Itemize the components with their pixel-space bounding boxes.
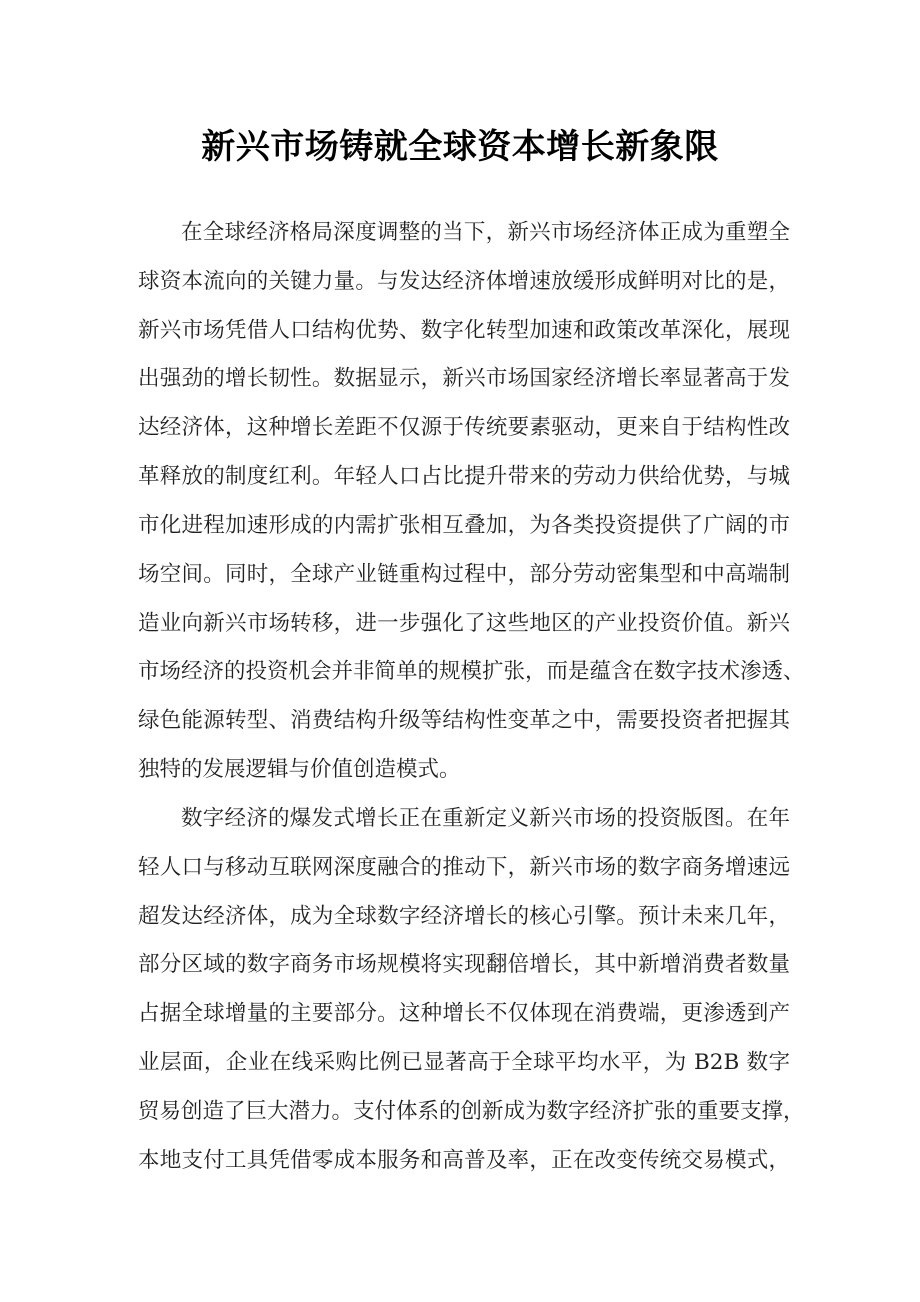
- text-line: 造业向新兴市场转移，进一步强化了这些地区的产业投资价值。新兴: [138, 600, 790, 649]
- text-line: 贸易创造了巨大潜力。支付体系的创新成为数字经济扩张的重要支撑，: [138, 1088, 790, 1137]
- text-line: 球资本流向的关键力量。与发达经济体增速放缓形成鲜明对比的是，: [138, 258, 790, 307]
- text-line: 市场经济的投资机会并非简单的规模扩张，而是蕴含在数字技术渗透、: [138, 648, 790, 697]
- paragraph-2: 数字经济的爆发式增长正在重新定义新兴市场的投资版图。在年 轻人口与移动互联网深度…: [138, 795, 790, 1186]
- document-body: 在全球经济格局深度调整的当下，新兴市场经济体正成为重塑全 球资本流向的关键力量。…: [0, 209, 920, 1186]
- text-line: 新兴市场凭借人口结构优势、数字化转型加速和政策改革深化，展现: [138, 307, 790, 356]
- document-page: 新兴市场铸就全球资本增长新象限 在全球经济格局深度调整的当下，新兴市场经济体正成…: [0, 0, 920, 1302]
- text-line: 市化进程加速形成的内需扩张相互叠加，为各类投资提供了广阔的市: [138, 502, 790, 551]
- text-line: 本地支付工具凭借零成本服务和高普及率，正在改变传统交易模式，: [138, 1137, 790, 1186]
- paragraph-1: 在全球经济格局深度调整的当下，新兴市场经济体正成为重塑全 球资本流向的关键力量。…: [138, 209, 790, 795]
- text-line: 占据全球增量的主要部分。这种增长不仅体现在消费端，更渗透到产: [138, 990, 790, 1039]
- text-line: 达经济体，这种增长差距不仅源于传统要素驱动，更来自于结构性改: [138, 404, 790, 453]
- text-line: 场空间。同时，全球产业链重构过程中，部分劳动密集型和中高端制: [138, 551, 790, 600]
- text-line: 业层面，企业在线采购比例已显著高于全球平均水平，为 B2B 数字: [138, 1039, 790, 1088]
- text-line: 在全球经济格局深度调整的当下，新兴市场经济体正成为重塑全: [138, 209, 790, 258]
- text-line: 革释放的制度红利。年轻人口占比提升带来的劳动力供给优势，与城: [138, 453, 790, 502]
- text-line: 部分区域的数字商务市场规模将实现翻倍增长，其中新增消费者数量: [138, 941, 790, 990]
- text-line: 轻人口与移动互联网深度融合的推动下，新兴市场的数字商务增速远: [138, 844, 790, 893]
- text-line: 出强劲的增长韧性。数据显示，新兴市场国家经济增长率显著高于发: [138, 355, 790, 404]
- text-line: 独特的发展逻辑与价值创造模式。: [138, 746, 790, 795]
- text-line: 数字经济的爆发式增长正在重新定义新兴市场的投资版图。在年: [138, 795, 790, 844]
- text-line: 绿色能源转型、消费结构升级等结构性变革之中，需要投资者把握其: [138, 697, 790, 746]
- text-line: 超发达经济体，成为全球数字经济增长的核心引擎。预计未来几年，: [138, 893, 790, 942]
- document-title: 新兴市场铸就全球资本增长新象限: [0, 123, 920, 171]
